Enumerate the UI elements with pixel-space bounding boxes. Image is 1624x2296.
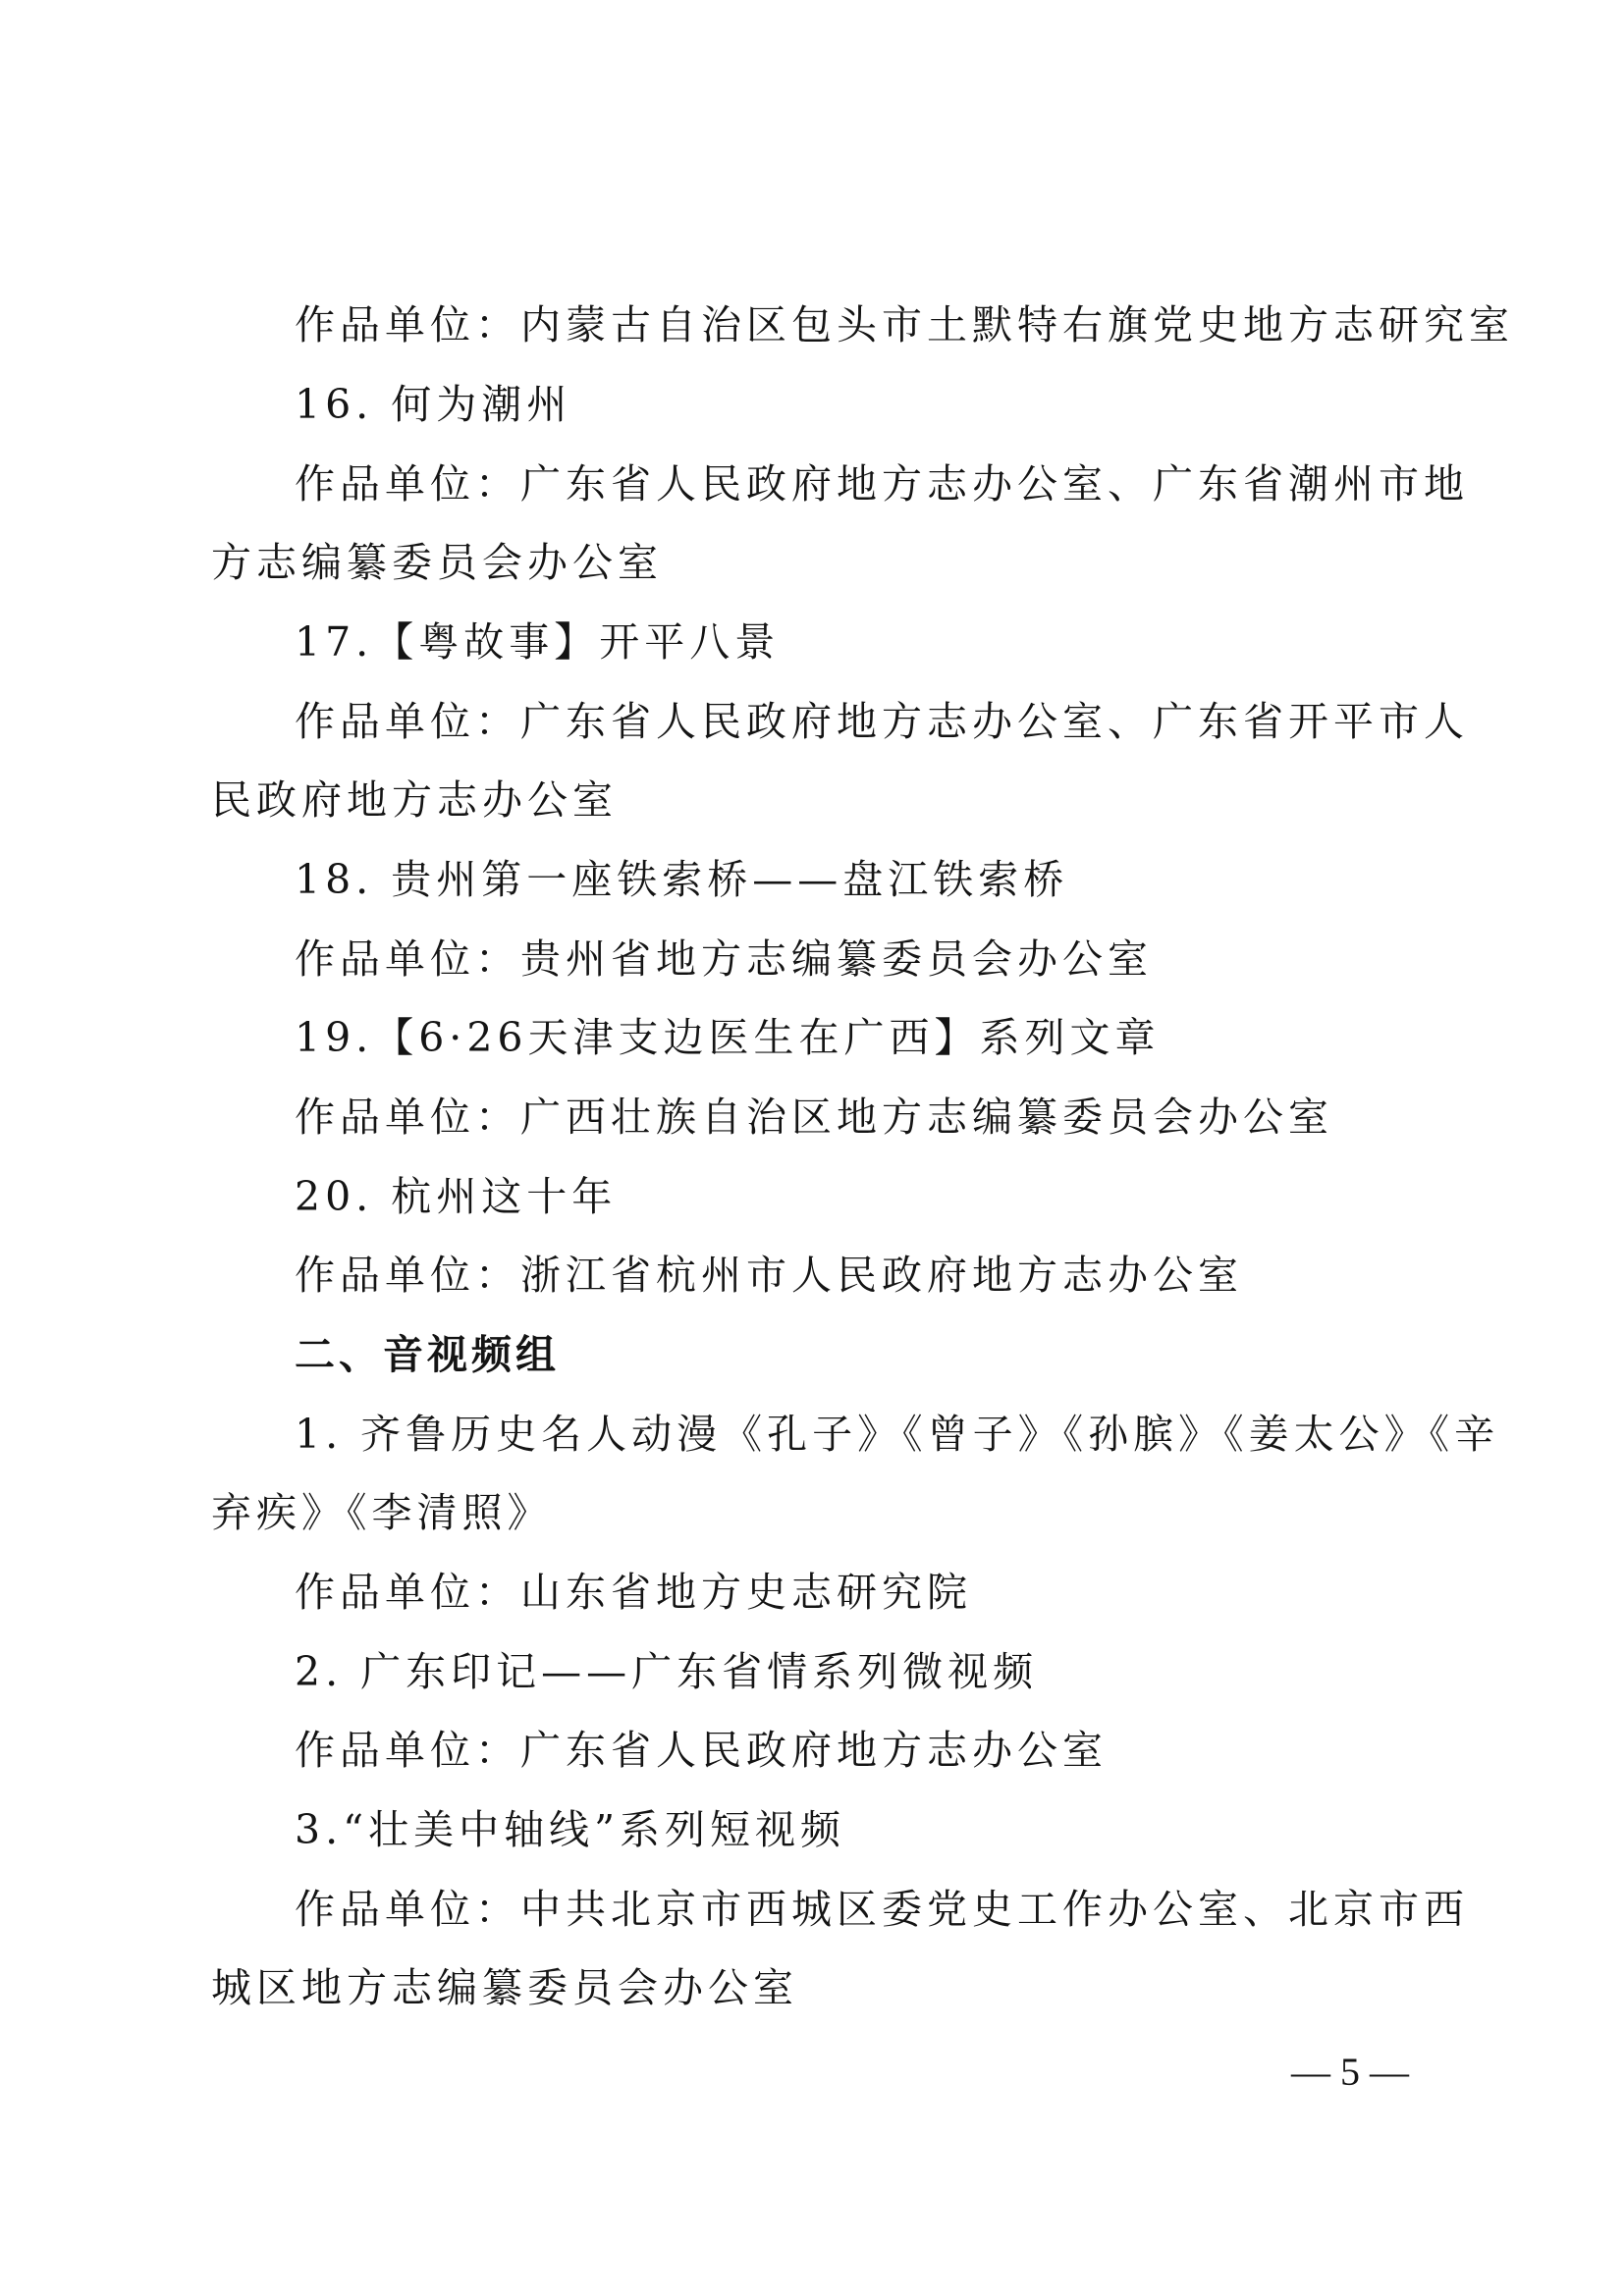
award-entry-title: 19.【6·26天津支边医生在广西】系列文章 [295, 1013, 1161, 1062]
award-entry-title: 17.【粤故事】开平八景 [295, 617, 780, 667]
award-unit-line-continuation: 方志编纂委员会办公室 [211, 538, 663, 587]
award-entry-title: 2. 广东印记——广东省情系列微视频 [295, 1647, 1038, 1696]
award-unit-line: 作品单位：贵州省地方志编纂委员会办公室 [295, 934, 1153, 984]
award-entry-title-continuation: 弃疾》《李清照》 [211, 1488, 553, 1537]
award-unit-line-continuation: 民政府地方志办公室 [211, 775, 618, 825]
award-entry-title: 3.“壮美中轴线”系列短视频 [295, 1805, 845, 1854]
award-unit-line-continuation: 城区地方志编纂委员会办公室 [211, 1963, 798, 2012]
award-unit-line: 作品单位：广东省人民政府地方志办公室、广东省开平市人 [295, 697, 1469, 746]
award-entry-title: 1. 齐鲁历史名人动漫《孔子》《曾子》《孙膑》《姜太公》《辛 [295, 1410, 1499, 1459]
section-heading: 二、音视频组 [295, 1330, 560, 1379]
award-unit-line: 作品单位：广东省人民政府地方志办公室 [295, 1726, 1108, 1775]
page-number: — 5 — [1276, 2048, 1424, 2097]
document-page: 作品单位：内蒙古自治区包头市土默特右旗党史地方志研究室 16. 何为潮州 作品单… [0, 0, 1624, 2296]
award-entry-title: 20. 杭州这十年 [295, 1172, 617, 1221]
award-unit-line: 作品单位：广东省人民政府地方志办公室、广东省潮州市地 [295, 459, 1469, 508]
award-entry-title: 16. 何为潮州 [295, 380, 571, 429]
award-unit-line: 作品单位：山东省地方史志研究院 [295, 1568, 972, 1617]
award-unit-line: 作品单位：内蒙古自治区包头市土默特右旗党史地方志研究室 [295, 300, 1514, 349]
award-unit-line: 作品单位：浙江省杭州市人民政府地方志办公室 [295, 1251, 1243, 1300]
award-unit-line: 作品单位：中共北京市西城区委党史工作办公室、北京市西 [295, 1885, 1469, 1934]
award-entry-title: 18. 贵州第一座铁索桥——盘江铁索桥 [295, 855, 1068, 904]
award-unit-line: 作品单位：广西壮族自治区地方志编纂委员会办公室 [295, 1093, 1333, 1142]
